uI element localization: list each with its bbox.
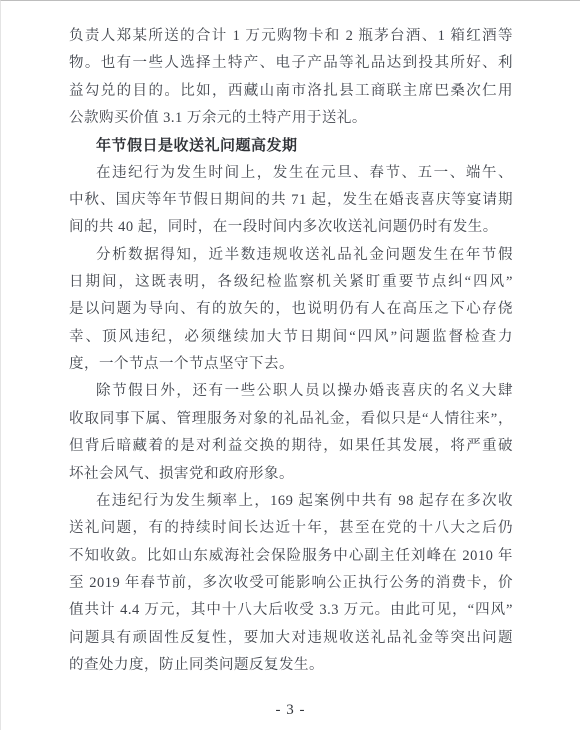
text-line: 送礼问题，有的持续时间长达近十年，甚至在党的十八大之后仍 [69, 515, 513, 542]
text-line: 物。也有一些人选择土特产、电子产品等礼品达到投其所好、利 [69, 50, 513, 77]
text-line: 是以问题为导向、有的放矢的，也说明仍有人在高压之下心存侥 [69, 296, 513, 323]
text-line: 在违纪行为发生频率上，169 起案例中共有 98 起存在多次收 [69, 488, 513, 515]
text-line: 至 2019 年春节前，多次收受可能影响公正执行公务的消费卡，价 [69, 570, 513, 597]
page-number: - 3 - [1, 702, 580, 719]
text-line: 日期间，这既表明，各级纪检监察机关紧盯重要节点纠“四风” [69, 269, 513, 296]
text-line: 分析数据得知，近半数违规收送礼品礼金问题发生在年节假 [69, 242, 513, 269]
text-line: 但背后暗藏着的是对利益交换的期待，如果任其发展，将严重破 [69, 433, 513, 460]
text-line: 值共计 4.4 万元，其中十八大后收受 3.3 万元。由此可见，“四风” [69, 597, 513, 624]
text-line: 负责人郑某所送的合计 1 万元购物卡和 2 瓶茅台酒、1 箱红酒等 [69, 23, 513, 50]
text-line: 除节假日外，还有一些公职人员以操办婚丧喜庆的名义大肆 [69, 378, 513, 405]
text-line: 问题具有顽固性反复性，要加大对违规收送礼品礼金等突出问题 [69, 625, 513, 652]
text-line: 公款购买价值 3.1 万余元的土特产用于送礼。 [69, 105, 513, 132]
text-line: 在违纪行为发生时间上，发生在元旦、春节、五一、端午、 [69, 160, 513, 187]
document-body: 负责人郑某所送的合计 1 万元购物卡和 2 瓶茅台酒、1 箱红酒等物。也有一些人… [69, 23, 513, 679]
section-heading: 年节假日是收送礼问题高发期 [69, 132, 513, 159]
text-line: 益勾兑的目的。比如，西藏山南市洛扎县工商联主席巴桑次仁用 [69, 78, 513, 105]
text-line: 收取同事下属、管理服务对象的礼品礼金，看似只是“人情往来”， [69, 406, 513, 433]
text-line: 坏社会风气、损害党和政府形象。 [69, 461, 513, 488]
text-line: 幸、顶风违纪，必须继续加大节日期间“四风”问题监督检查力 [69, 324, 513, 351]
document-page: 负责人郑某所送的合计 1 万元购物卡和 2 瓶茅台酒、1 箱红酒等物。也有一些人… [0, 0, 580, 730]
text-line: 间的共 40 起，同时，在一段时间内多次收送礼问题仍时有发生。 [69, 214, 513, 241]
text-line: 度，一个节点一个节点坚守下去。 [69, 351, 513, 378]
text-line: 不知收敛。比如山东威海社会保险服务中心副主任刘峰在 2010 年 [69, 543, 513, 570]
text-line: 中秋、国庆等年节假日期间的共 71 起，发生在婚丧喜庆等宴请期 [69, 187, 513, 214]
text-line: 的查处力度，防止同类问题反复发生。 [69, 652, 513, 679]
